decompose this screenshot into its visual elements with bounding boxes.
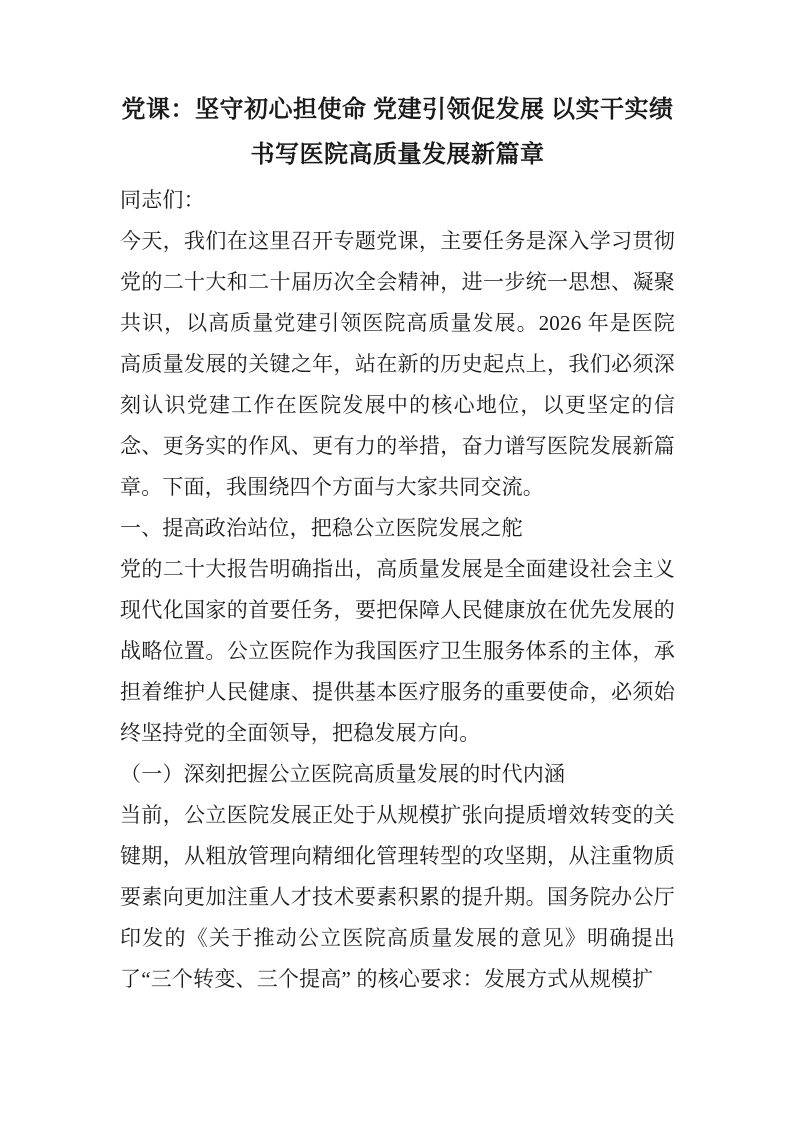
salutation: 同志们： <box>120 180 675 221</box>
title-line-2: 书写医院高质量发展新篇章 <box>120 133 675 178</box>
document-page: 党课：坚守初心担使命 党建引领促发展 以实干实绩 书写医院高质量发展新篇章 同志… <box>0 0 793 1122</box>
section-1-paragraph: 党的二十大报告明确指出，高质量发展是全面建设社会主义现代化国家的首要任务，要把保… <box>120 549 675 754</box>
title-line-1: 党课：坚守初心担使命 党建引领促发展 以实干实绩 <box>120 88 675 133</box>
subsection-heading-1-1: （一）深刻把握公立医院高质量发展的时代内涵 <box>120 754 675 795</box>
document-title: 党课：坚守初心担使命 党建引领促发展 以实干实绩 书写医院高质量发展新篇章 <box>120 88 675 178</box>
document-body: 同志们： 今天，我们在这里召开专题党课，主要任务是深入学习贯彻党的二十大和二十届… <box>120 180 675 1000</box>
intro-paragraph: 今天，我们在这里召开专题党课，主要任务是深入学习贯彻党的二十大和二十届历次全会精… <box>120 221 675 508</box>
section-heading-1: 一、提高政治站位，把稳公立医院发展之舵 <box>120 508 675 549</box>
subsection-1-1-paragraph: 当前，公立医院发展正处于从规模扩张向提质增效转变的关键期，从粗放管理向精细化管理… <box>120 795 675 1000</box>
